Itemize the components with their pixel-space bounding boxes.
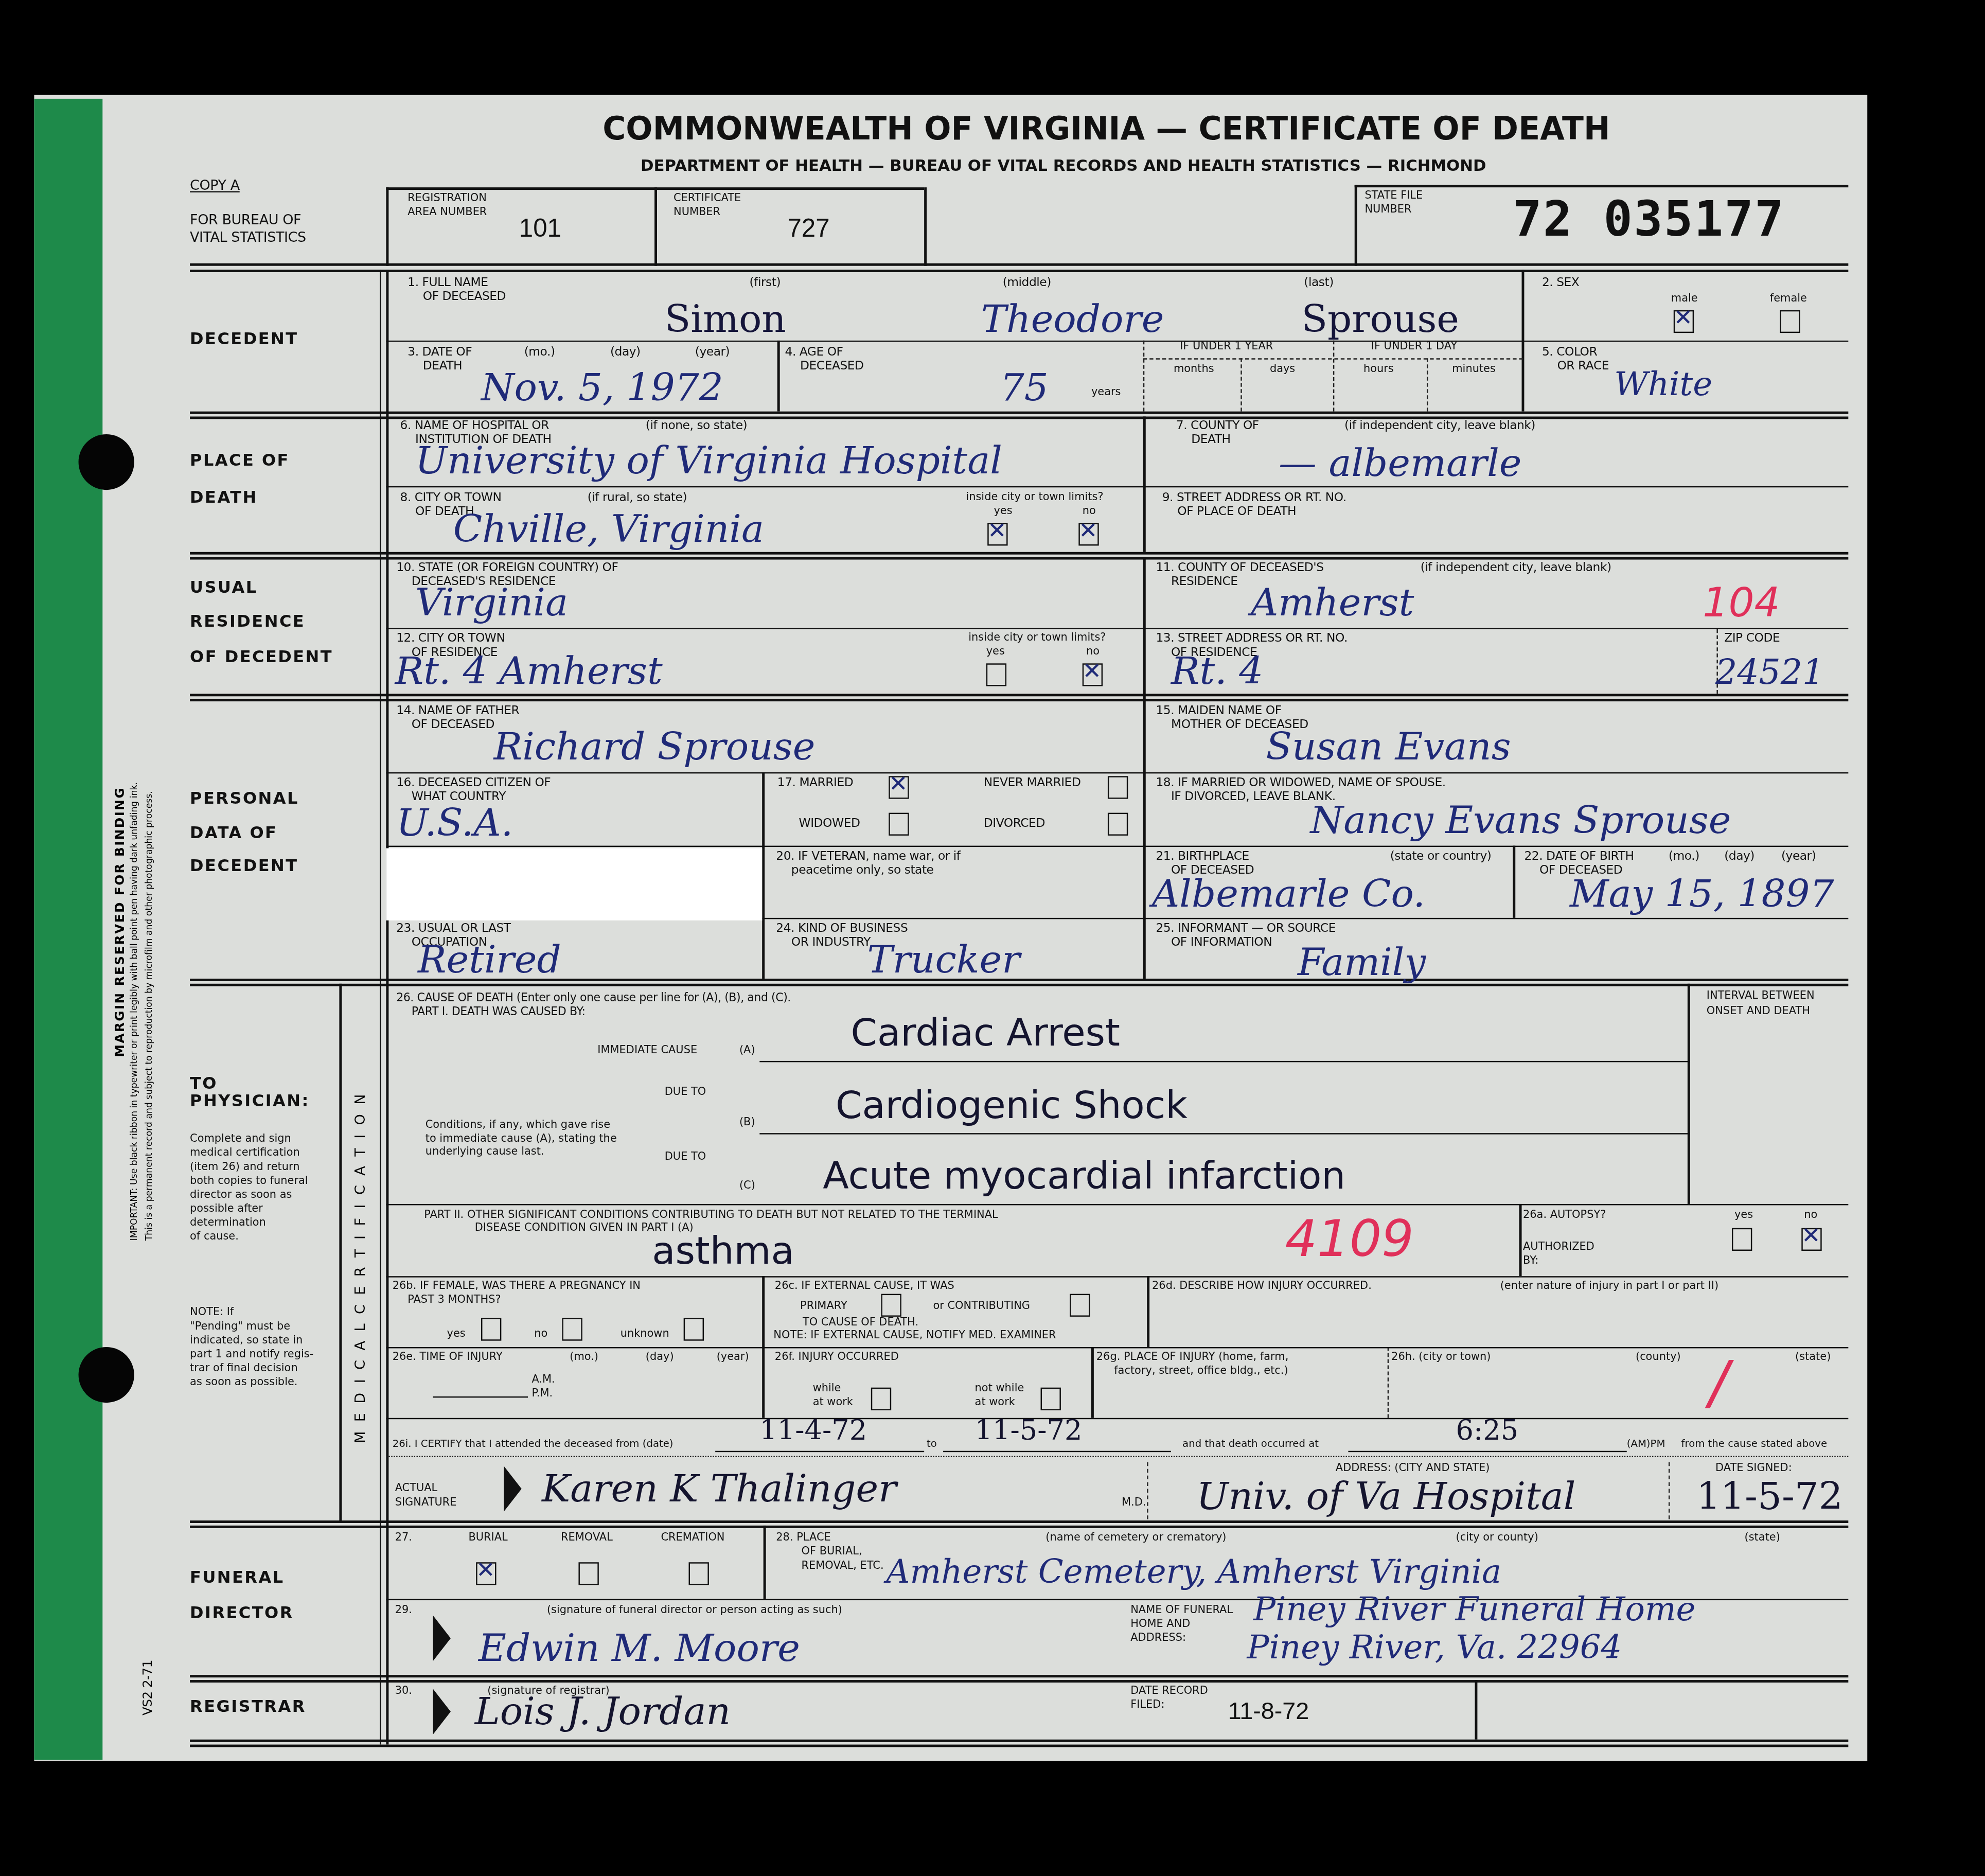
cause-b-tag: (B) bbox=[739, 1118, 755, 1130]
zip-label: ZIP CODE bbox=[1724, 633, 1780, 647]
death-occurred-label: and that death occurred at bbox=[1182, 1438, 1319, 1450]
days-label: days bbox=[1270, 365, 1295, 377]
cause-a-value: Cardiac Arrest bbox=[850, 1013, 1120, 1056]
note-line: of cause. bbox=[190, 1231, 329, 1245]
f9-label-2: OF PLACE OF DEATH bbox=[1177, 506, 1296, 520]
f6-label-1: 6. NAME OF HOSPITAL OR bbox=[400, 420, 549, 434]
cause-c-tag: (C) bbox=[739, 1181, 755, 1194]
funeral-home-name: Piney River Funeral Home bbox=[1253, 1592, 1696, 1631]
county-of-death-value: — albemarle bbox=[1279, 443, 1521, 487]
spouse-name-value: Nancy Evans Sprouse bbox=[1310, 800, 1731, 844]
date-filed-value: 11-8-72 bbox=[1228, 1699, 1309, 1727]
physician-signature: Karen K Thalinger bbox=[542, 1468, 897, 1512]
certificate-paper bbox=[34, 95, 1867, 1761]
removal-checkbox[interactable] bbox=[578, 1562, 598, 1585]
cert-number-value: 727 bbox=[787, 215, 829, 244]
f5-label-1: 5. COLOR bbox=[1542, 347, 1597, 361]
director-signature-hint: (signature of funeral director or person… bbox=[547, 1605, 842, 1618]
section-place-1: PLACE OF bbox=[190, 453, 290, 472]
f25-label-2: OF INFORMATION bbox=[1171, 937, 1272, 951]
city-county-hint: (city or county) bbox=[1456, 1533, 1538, 1546]
f24-label-1: 24. KIND OF BUSINESS bbox=[776, 923, 908, 937]
industry-value: Trucker bbox=[867, 940, 1020, 983]
part2-value: asthma bbox=[652, 1231, 794, 1275]
f3-label-2: DEATH bbox=[423, 361, 462, 375]
f16-label-1: 16. DECEASED CITIZEN OF bbox=[396, 777, 551, 791]
copy-desc-2: VITAL STATISTICS bbox=[190, 231, 306, 246]
f8-no-label: no bbox=[1083, 506, 1096, 519]
section-funeral-2: DIRECTOR bbox=[190, 1605, 294, 1624]
am-label: A.M. bbox=[531, 1375, 555, 1387]
f22-year-hint: (year) bbox=[1781, 851, 1816, 864]
f8-yes-label: yes bbox=[994, 506, 1012, 519]
note-line: NOTE: If bbox=[190, 1306, 342, 1320]
date-filed-label-2: FILED: bbox=[1130, 1700, 1164, 1712]
time-of-death: 6:25 bbox=[1456, 1415, 1519, 1447]
f26e-year: (year) bbox=[717, 1352, 749, 1365]
registrar-arrow-icon bbox=[433, 1689, 450, 1735]
while-at-work-1: while bbox=[813, 1384, 841, 1396]
state-file-number: 72 035177 bbox=[1513, 192, 1785, 247]
decedent-first-name: Simon bbox=[665, 299, 786, 343]
f23-label-1: 23. USUAL OR LAST bbox=[396, 923, 510, 937]
cause-label-1: 26. CAUSE OF DEATH (Enter only one cause… bbox=[396, 993, 791, 1005]
red-check-mark: / bbox=[1709, 1350, 1729, 1417]
city-of-death-value: Chville, Virginia bbox=[453, 509, 764, 553]
section-to-physician-2: PHYSICIAN: bbox=[190, 1094, 310, 1113]
while-at-work-2: at work bbox=[813, 1397, 853, 1410]
f5-label-2: OR RACE bbox=[1557, 361, 1609, 375]
note-line: director as soon as bbox=[190, 1189, 329, 1203]
not-while-at-work-checkbox[interactable] bbox=[1041, 1388, 1061, 1410]
certify-label: 26i. I CERTIFY that I attended the decea… bbox=[393, 1438, 674, 1450]
not-while-at-work-1: not while bbox=[975, 1384, 1024, 1396]
f4-label-1: 4. AGE OF bbox=[785, 347, 843, 361]
conditions-note: Conditions, if any, which gave riseto im… bbox=[426, 1119, 617, 1159]
removal-label: REMOVAL bbox=[561, 1533, 613, 1546]
section-registrar: REGISTRAR bbox=[190, 1699, 306, 1718]
f25-label-1: 25. INFORMANT — OR SOURCE bbox=[1156, 923, 1336, 937]
funeral-home-label-2: HOME AND bbox=[1130, 1619, 1190, 1632]
date-signed-label: DATE SIGNED: bbox=[1715, 1463, 1792, 1476]
reg-area-label-1: REGISTRATION bbox=[407, 193, 487, 206]
to-cause-label: TO CAUSE OF DEATH. bbox=[803, 1318, 918, 1330]
attended-to-date: 11-5-72 bbox=[975, 1415, 1083, 1447]
certify-to-word: to bbox=[927, 1438, 937, 1450]
note-line: both copies to funeral bbox=[190, 1175, 329, 1189]
burial-checkbox[interactable] bbox=[476, 1562, 496, 1585]
under-year-label: IF UNDER 1 YEAR bbox=[1180, 342, 1273, 354]
f12-no-label: no bbox=[1086, 647, 1100, 659]
months-label: months bbox=[1174, 365, 1214, 377]
state-hint: (state) bbox=[1745, 1533, 1780, 1546]
md-label: M.D. bbox=[1122, 1498, 1146, 1510]
death-inside-limits-no-checkbox[interactable] bbox=[1078, 523, 1098, 545]
note-line: "Pending" must be bbox=[190, 1320, 342, 1334]
minutes-label: minutes bbox=[1452, 365, 1496, 377]
f7-label-2: DEATH bbox=[1191, 434, 1230, 448]
f9-label-1: 9. STREET ADDRESS OR RT. NO. bbox=[1162, 492, 1346, 506]
f1-first-hint: (first) bbox=[750, 277, 781, 291]
reg-area-value: 101 bbox=[519, 215, 561, 244]
note-line: as soon as possible. bbox=[190, 1376, 342, 1390]
section-usual-3: OF DECEDENT bbox=[190, 649, 333, 668]
form-code: VS2 2-71 bbox=[142, 1660, 156, 1715]
f26g-label-2: factory, street, office bldg., etc.) bbox=[1114, 1366, 1288, 1378]
section-usual-1: USUAL bbox=[190, 580, 257, 599]
f13-label-1: 13. STREET ADDRESS OR RT. NO. bbox=[1156, 633, 1347, 647]
f1-label-1: 1. FULL NAME bbox=[407, 277, 488, 291]
copy-desc-1: FOR BUREAU OF bbox=[190, 213, 301, 228]
f17-divorced-label: DIVORCED bbox=[984, 818, 1045, 831]
decedent-last-name: Sprouse bbox=[1301, 299, 1459, 343]
part2-label-1: PART II. OTHER SIGNIFICANT CONDITIONS CO… bbox=[424, 1210, 998, 1223]
f14-label-2: OF DECEASED bbox=[412, 719, 494, 733]
section-decedent: DECEDENT bbox=[190, 332, 298, 351]
f1-label-2: OF DECEASED bbox=[423, 291, 506, 305]
item-27-number: 27. bbox=[395, 1533, 412, 1546]
residence-state-value: Virginia bbox=[415, 582, 568, 626]
document-subtitle: DEPARTMENT OF HEALTH — BUREAU OF VITAL R… bbox=[641, 157, 1486, 175]
pending-note: NOTE: If"Pending" must beindicated, so s… bbox=[190, 1306, 342, 1390]
burial-place-value: Amherst Cemetery, Amherst Virginia bbox=[886, 1554, 1501, 1592]
f8-label-1: 8. CITY OR TOWN bbox=[400, 492, 502, 506]
note-line: Complete and sign bbox=[190, 1133, 329, 1147]
f3-label-1: 3. DATE OF bbox=[407, 347, 472, 361]
section-personal-1: PERSONAL bbox=[190, 791, 299, 810]
autopsy-label: 26a. AUTOPSY? bbox=[1523, 1210, 1606, 1223]
f26d-hint: (enter nature of injury in part I or par… bbox=[1500, 1281, 1719, 1294]
f12-limits-label: inside city or town limits? bbox=[968, 633, 1106, 645]
date-signed-value: 11-5-72 bbox=[1696, 1476, 1843, 1520]
am-pm-indicator: (AM)PM bbox=[1627, 1438, 1665, 1450]
section-place-2: DEATH bbox=[190, 490, 258, 509]
immediate-cause-label: IMMEDIATE CAUSE bbox=[597, 1046, 697, 1058]
f26d-label: 26d. DESCRIBE HOW INJURY OCCURRED. bbox=[1152, 1281, 1372, 1294]
death-inside-limits-yes-checkbox[interactable] bbox=[987, 523, 1007, 545]
note-line: Conditions, if any, which gave rise bbox=[426, 1119, 617, 1132]
section-personal-3: DECEDENT bbox=[190, 858, 298, 877]
not-while-at-work-2: at work bbox=[975, 1397, 1015, 1410]
burial-label: BURIAL bbox=[468, 1533, 507, 1546]
f3-day-hint: (day) bbox=[610, 347, 641, 361]
place-label-3: REMOVAL, ETC. bbox=[801, 1561, 883, 1573]
residence-city-value: Rt. 4 Amherst bbox=[395, 651, 663, 695]
cremation-checkbox[interactable] bbox=[689, 1562, 709, 1585]
f12-yes-label: yes bbox=[986, 647, 1005, 659]
residence-inside-limits-no-checkbox[interactable] bbox=[1083, 663, 1103, 686]
cause-code-red: 4109 bbox=[1285, 1210, 1413, 1268]
f3-year-hint: (year) bbox=[695, 347, 730, 361]
due-to-label-1: DUE TO bbox=[665, 1088, 706, 1100]
f22-mo-hint: (mo.) bbox=[1669, 851, 1699, 864]
f26e-day: (day) bbox=[646, 1352, 674, 1365]
f8-limits-label: inside city or town limits? bbox=[966, 492, 1103, 505]
f26h-label: 26h. (city or town) bbox=[1391, 1352, 1491, 1365]
note-line: underlying cause last. bbox=[426, 1146, 617, 1159]
hours-label: hours bbox=[1363, 365, 1394, 377]
f24-label-2: OR INDUSTRY bbox=[791, 937, 871, 951]
residence-county-value: Amherst bbox=[1251, 582, 1414, 626]
f11-label-1: 11. COUNTY OF DECEASED'S bbox=[1156, 562, 1323, 576]
sex-female-checkbox[interactable] bbox=[1780, 310, 1800, 333]
f15-label-1: 15. MAIDEN NAME OF bbox=[1156, 705, 1281, 719]
autopsy-no-label: no bbox=[1804, 1210, 1817, 1223]
autopsy-yes-label: yes bbox=[1734, 1210, 1753, 1223]
f22-day-hint: (day) bbox=[1724, 851, 1754, 864]
item-29-number: 29. bbox=[395, 1605, 412, 1618]
external-note: NOTE: IF EXTERNAL CAUSE, NOTIFY MED. EXA… bbox=[773, 1331, 1056, 1343]
color-race-value: White bbox=[1614, 367, 1712, 405]
primary-label: PRIMARY bbox=[800, 1301, 847, 1314]
county-code-red: 104 bbox=[1703, 580, 1780, 627]
cert-number-label-2: NUMBER bbox=[674, 208, 720, 220]
funeral-home-address: Piney River, Va. 22964 bbox=[1247, 1631, 1622, 1669]
note-line: to immediate cause (A), stating the bbox=[426, 1132, 617, 1146]
authorized-label: AUTHORIZED bbox=[1523, 1242, 1594, 1254]
interval-label-1: INTERVAL BETWEEN bbox=[1707, 992, 1815, 1004]
reg-area-label-2: AREA NUMBER bbox=[407, 208, 487, 220]
section-funeral-1: FUNERAL bbox=[190, 1570, 284, 1589]
widowed-checkbox[interactable] bbox=[889, 813, 909, 836]
informant-value: Family bbox=[1298, 942, 1426, 986]
f20-label-1: 20. IF VETERAN, name war, or if bbox=[776, 851, 960, 864]
cause-a-tag: (A) bbox=[739, 1046, 755, 1058]
note-line: possible after bbox=[190, 1203, 329, 1217]
medical-certification-label: M E D I C A L C E R T I F I C A T I O N bbox=[352, 1091, 368, 1443]
punch-hole-bottom bbox=[79, 1347, 134, 1403]
f8-hint: (if rural, so state) bbox=[588, 492, 687, 506]
actual-signature-label-1: ACTUAL bbox=[395, 1484, 438, 1496]
f21-label-1: 21. BIRTHPLACE bbox=[1156, 851, 1249, 864]
zip-value: 24521 bbox=[1715, 653, 1824, 693]
occupation-value: Retired bbox=[418, 940, 561, 983]
while-at-work-checkbox[interactable] bbox=[871, 1388, 891, 1410]
f11-hint: (if independent city, leave blank) bbox=[1421, 562, 1611, 576]
cause-c-value: Acute myocardial infarction bbox=[823, 1156, 1345, 1199]
pm-label: P.M. bbox=[531, 1389, 553, 1401]
note-line: determination bbox=[190, 1217, 329, 1231]
f17-married-label: 17. MARRIED bbox=[777, 777, 854, 791]
cremation-label: CREMATION bbox=[661, 1533, 724, 1546]
director-arrow-icon bbox=[433, 1616, 450, 1661]
binding-strip bbox=[34, 99, 102, 1760]
cause-label-2: PART I. DEATH WAS CAUSED BY: bbox=[412, 1006, 586, 1019]
f26e-mo: (mo.) bbox=[570, 1352, 598, 1365]
state-file-label-1: STATE FILE bbox=[1364, 191, 1423, 204]
state-file-label-2: NUMBER bbox=[1364, 205, 1411, 218]
date-of-death-value: Nov. 5, 1972 bbox=[481, 367, 723, 411]
f3-mo-hint: (mo.) bbox=[524, 347, 555, 361]
pregnancy-no-checkbox[interactable] bbox=[562, 1318, 582, 1340]
note-line: part 1 and notify regis- bbox=[190, 1349, 342, 1362]
cause-b-value: Cardiogenic Shock bbox=[836, 1085, 1188, 1129]
due-to-label-2: DUE TO bbox=[665, 1152, 706, 1164]
external-primary-checkbox[interactable] bbox=[881, 1294, 901, 1317]
margin-instruction-1: IMPORTANT: Use black ribbon in typewrite… bbox=[129, 782, 139, 1241]
birthplace-value: Albemarle Co. bbox=[1152, 874, 1425, 917]
authorized-by-label: BY: bbox=[1523, 1256, 1538, 1268]
cemetery-hint: (name of cemetery or crematory) bbox=[1045, 1533, 1226, 1546]
note-line: medical certification bbox=[190, 1147, 329, 1161]
f26b-label-1: 26b. IF FEMALE, WAS THERE A PREGNANCY IN bbox=[393, 1281, 641, 1294]
under-day-label: IF UNDER 1 DAY bbox=[1371, 342, 1457, 354]
external-contributing-checkbox[interactable] bbox=[1070, 1294, 1090, 1317]
mother-maiden-name-value: Susan Evans bbox=[1266, 727, 1511, 770]
funeral-home-label-3: ADDRESS: bbox=[1130, 1633, 1186, 1645]
pregnancy-unknown-checkbox[interactable] bbox=[684, 1318, 704, 1340]
f7-label-1: 7. COUNTY OF bbox=[1176, 420, 1259, 434]
note-line: indicated, so state in bbox=[190, 1335, 342, 1349]
interval-label-2: ONSET AND DEATH bbox=[1707, 1006, 1810, 1019]
punch-hole-top bbox=[79, 434, 134, 490]
place-label-2: OF BURIAL, bbox=[801, 1547, 862, 1560]
funeral-home-label-1: NAME OF FUNERAL bbox=[1130, 1605, 1233, 1618]
autopsy-no-checkbox[interactable] bbox=[1801, 1228, 1821, 1251]
pregnancy-yes-label: yes bbox=[447, 1330, 466, 1342]
never-married-checkbox[interactable] bbox=[1108, 776, 1128, 799]
margin-instruction-2: This is a permanent record and subject t… bbox=[144, 791, 154, 1241]
certificate-scan: COMMONWEALTH OF VIRGINIA — CERTIFICATE O… bbox=[0, 0, 1985, 1876]
f17-never-married-label: NEVER MARRIED bbox=[984, 777, 1081, 791]
citizenship-value: U.S.A. bbox=[396, 803, 513, 846]
f18-label-1: 18. IF MARRIED OR WIDOWED, NAME OF SPOUS… bbox=[1156, 777, 1445, 791]
f20-label-2: peacetime only, so state bbox=[791, 865, 934, 879]
redacted-field-19 bbox=[386, 848, 762, 921]
f2-female-label: female bbox=[1770, 294, 1807, 306]
section-usual-2: RESIDENCE bbox=[190, 614, 305, 633]
f22-label-1: 22. DATE OF BIRTH bbox=[1524, 851, 1634, 864]
certify-tail: from the cause stated above bbox=[1681, 1438, 1828, 1450]
section-personal-2: DATA OF bbox=[190, 825, 277, 844]
registrar-signature: Lois J. Jordan bbox=[475, 1691, 731, 1735]
funeral-director-signature: Edwin M. Moore bbox=[478, 1628, 800, 1672]
residence-inside-limits-yes-checkbox[interactable] bbox=[986, 663, 1006, 686]
contributing-label: or CONTRIBUTING bbox=[933, 1301, 1030, 1314]
copy-label: COPY A bbox=[190, 179, 240, 194]
f12-label-1: 12. CITY OR TOWN bbox=[396, 633, 505, 647]
f26g-label-1: 26g. PLACE OF INJURY (home, farm, bbox=[1096, 1352, 1289, 1365]
sex-male-checkbox[interactable] bbox=[1674, 310, 1694, 333]
f7-hint: (if independent city, leave blank) bbox=[1344, 420, 1535, 434]
date-filed-label-1: DATE RECORD bbox=[1130, 1686, 1208, 1698]
f26f-label: 26f. INJURY OCCURRED bbox=[775, 1352, 899, 1365]
married-checkbox[interactable] bbox=[889, 776, 909, 799]
f10-label-1: 10. STATE (OR FOREIGN COUNTRY) OF bbox=[396, 562, 618, 576]
signature-arrow-icon bbox=[504, 1466, 521, 1512]
f1-middle-hint: (middle) bbox=[1003, 277, 1051, 291]
autopsy-yes-checkbox[interactable] bbox=[1732, 1228, 1752, 1251]
f21-hint: (state or country) bbox=[1390, 851, 1492, 864]
item-30-number: 30. bbox=[395, 1686, 412, 1698]
f26h-state: (state) bbox=[1795, 1352, 1831, 1365]
hospital-value: University of Virginia Hospital bbox=[415, 440, 1002, 484]
note-line: (item 26) and return bbox=[190, 1161, 329, 1175]
f26b-label-2: PAST 3 MONTHS? bbox=[407, 1295, 501, 1307]
f6-hint: (if none, so state) bbox=[646, 420, 747, 434]
residence-street-value: Rt. 4 bbox=[1171, 651, 1263, 695]
f11-label-2: RESIDENCE bbox=[1171, 576, 1238, 590]
pregnancy-yes-checkbox[interactable] bbox=[481, 1318, 501, 1340]
attended-from-date: 11-4-72 bbox=[759, 1415, 867, 1447]
f4-label-2: DECEASED bbox=[800, 361, 864, 375]
note-line: trar of final decision bbox=[190, 1362, 342, 1376]
actual-signature-label-2: SIGNATURE bbox=[395, 1498, 457, 1510]
f17-widowed-label: WIDOWED bbox=[799, 818, 860, 831]
pregnancy-unknown-label: unknown bbox=[621, 1330, 669, 1342]
pregnancy-no-label: no bbox=[534, 1330, 547, 1342]
place-label-1: 28. PLACE bbox=[776, 1533, 830, 1546]
age-value: 75 bbox=[1000, 367, 1049, 411]
date-of-birth-value: May 15, 1897 bbox=[1570, 874, 1834, 917]
f1-last-hint: (last) bbox=[1304, 277, 1333, 291]
margin-title: MARGIN RESERVED FOR BINDING bbox=[114, 787, 128, 1057]
age-unit: years bbox=[1091, 387, 1121, 400]
divorced-checkbox[interactable] bbox=[1108, 813, 1128, 836]
father-name-value: Richard Sprouse bbox=[494, 727, 816, 770]
f14-label-1: 14. NAME OF FATHER bbox=[396, 705, 519, 719]
physician-address-label: ADDRESS: (CITY AND STATE) bbox=[1336, 1463, 1490, 1476]
document-title: COMMONWEALTH OF VIRGINIA — CERTIFICATE O… bbox=[602, 112, 1610, 148]
decedent-middle-name: Theodore bbox=[981, 299, 1164, 343]
f26e-label: 26e. TIME OF INJURY bbox=[393, 1352, 503, 1365]
f26c-label: 26c. IF EXTERNAL CAUSE, IT WAS bbox=[775, 1281, 954, 1294]
physician-instructions: Complete and signmedical certification(i… bbox=[190, 1133, 329, 1245]
f2-male-label: male bbox=[1671, 294, 1698, 306]
f2-label: 2. SEX bbox=[1542, 277, 1579, 291]
cert-number-label-1: CERTIFICATE bbox=[674, 193, 741, 206]
physician-address: Univ. of Va Hospital bbox=[1196, 1476, 1575, 1520]
f26h-county: (county) bbox=[1636, 1352, 1681, 1365]
